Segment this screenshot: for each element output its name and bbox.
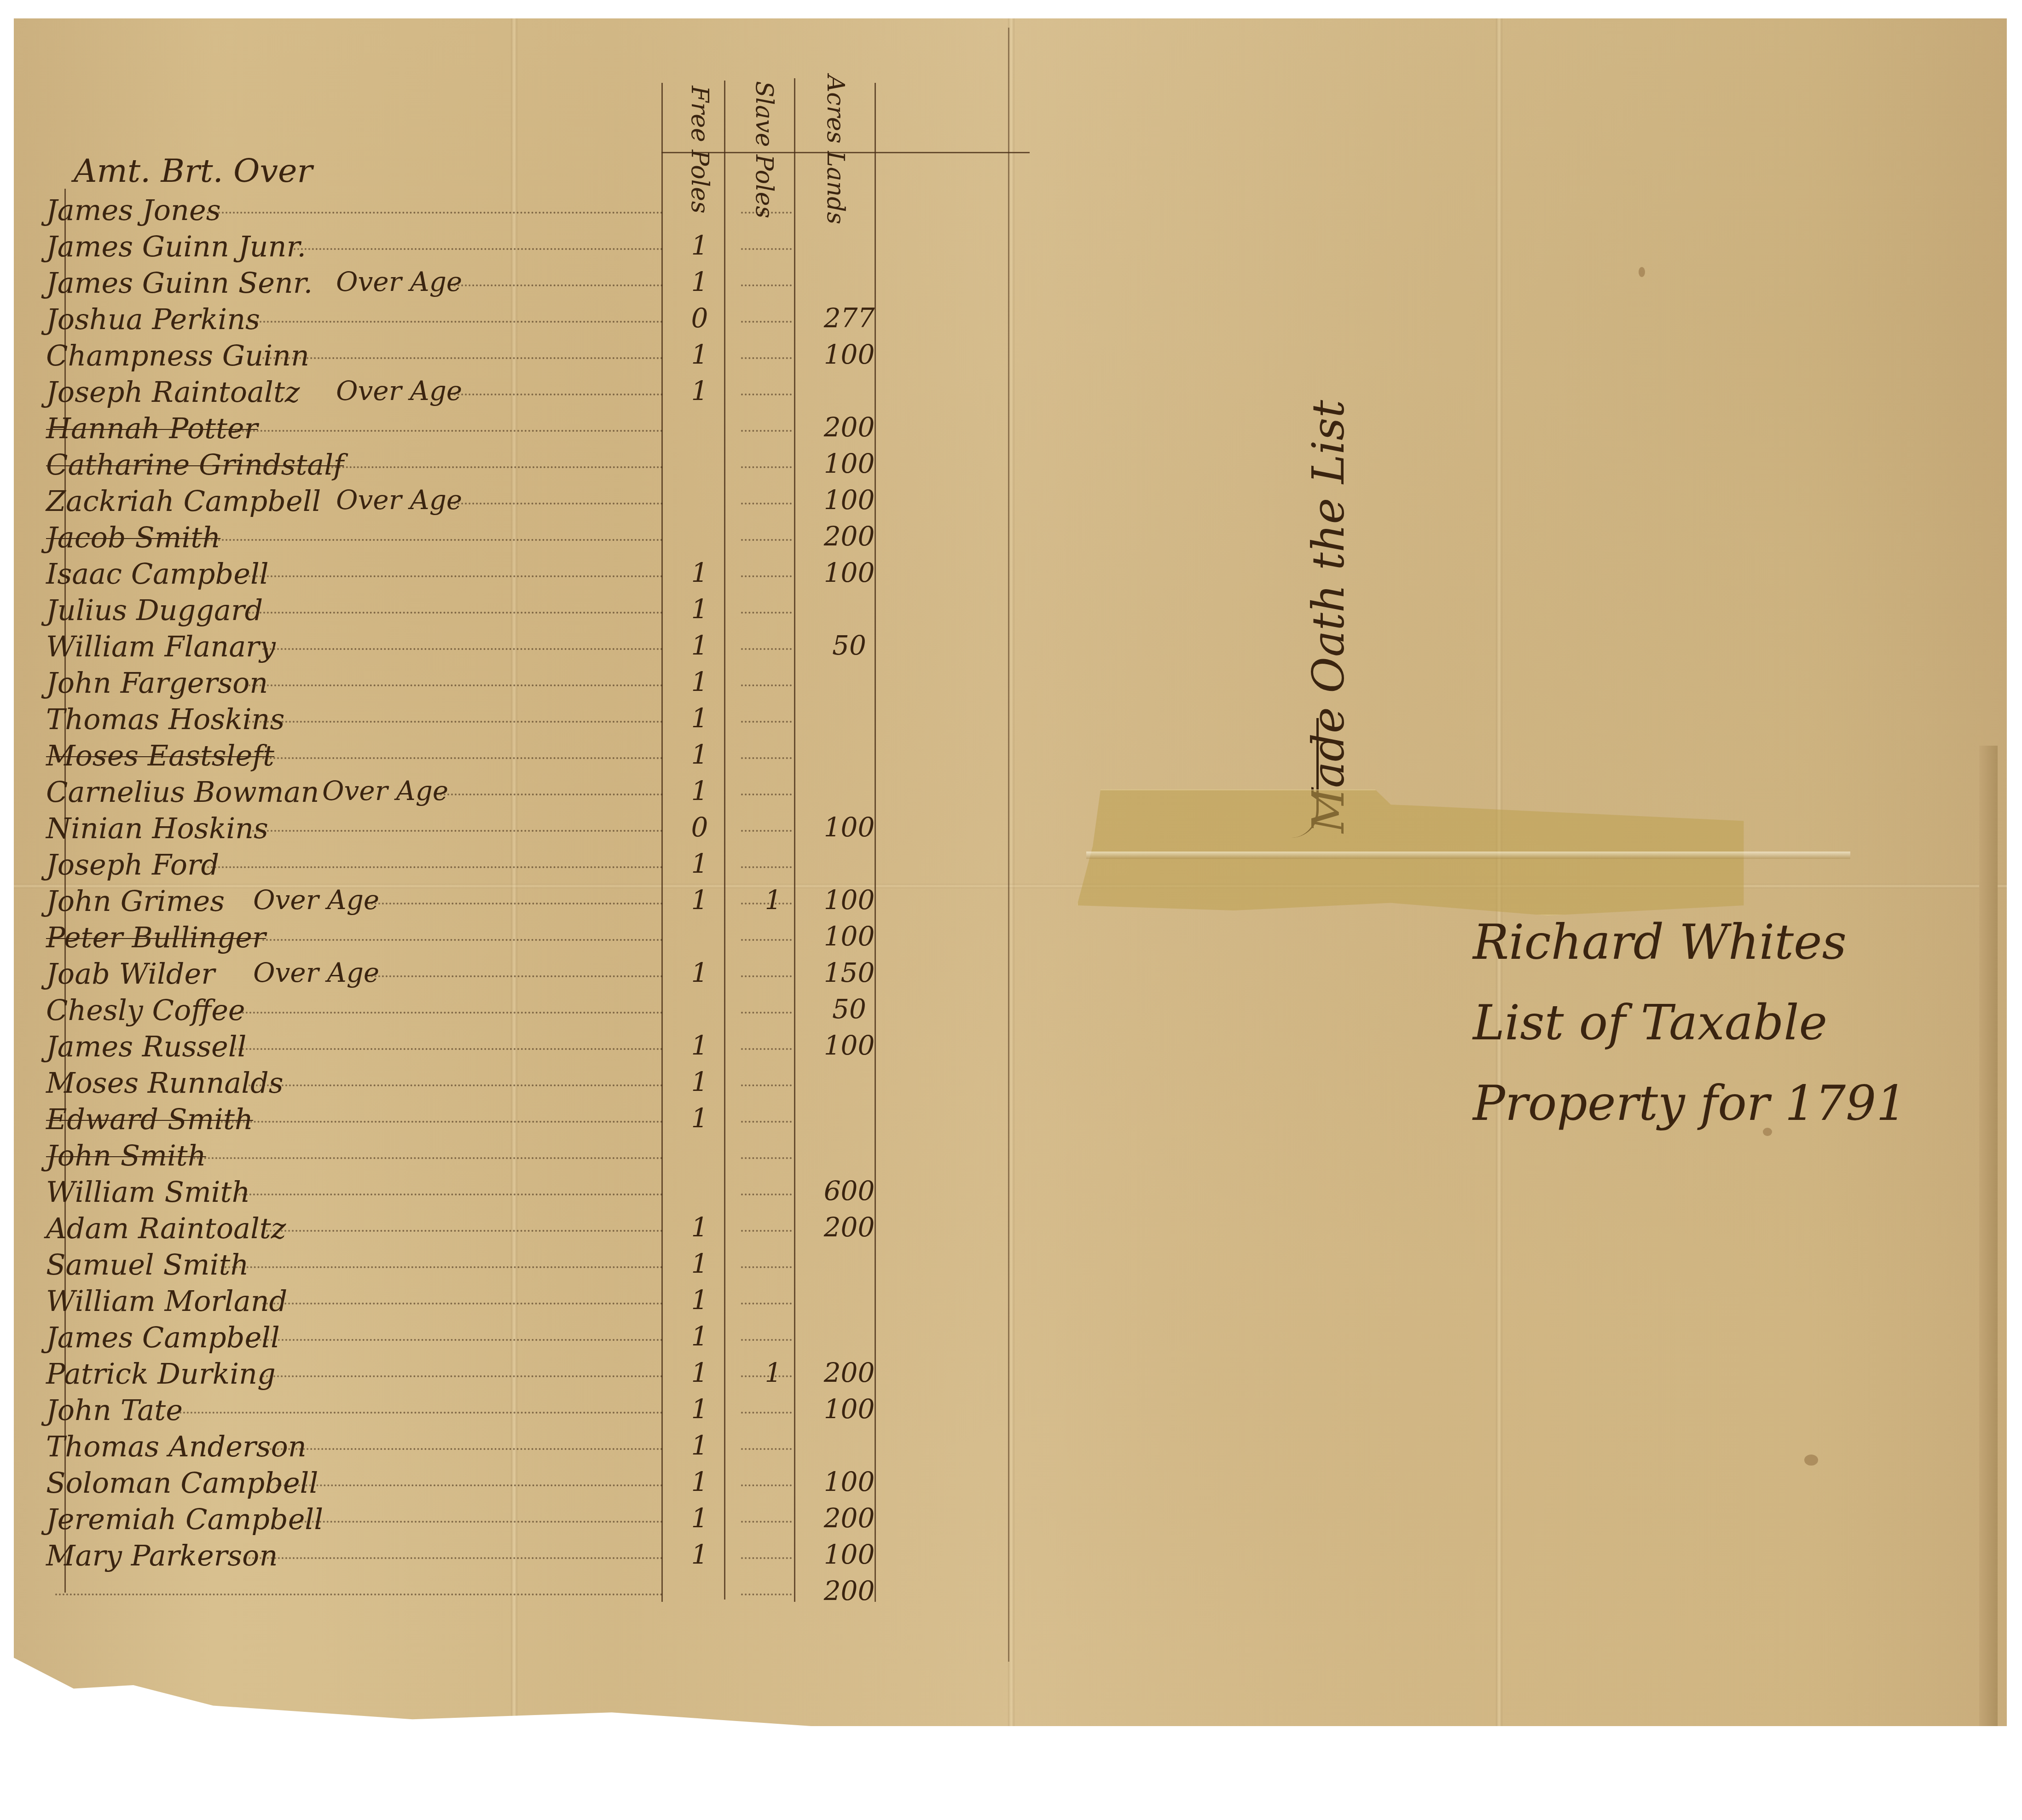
taxpayer-name: James Jones [46,193,220,227]
taxpayer-name: Moses Eastsleft [46,739,274,772]
ledger-row: James Jones [0,193,875,227]
acres-value: 200 [810,1357,888,1388]
leader-dots [741,1521,792,1524]
leader-dots [249,1339,663,1343]
leader-dots [262,648,663,652]
taxpayer-name: William Flanary [46,630,276,663]
over-age-note: Over Age [336,484,462,516]
taxpayer-name: Moses Runnalds [46,1066,284,1100]
taxpayer-name: Chesly Coffee [46,993,245,1027]
taxpayer-name: Julius Duggard [46,593,263,627]
ledger-row: Joab WilderOver Age1150 [0,957,875,991]
leader-dots [235,430,663,434]
leader-dots [741,1484,792,1488]
free-polls-value: 1 [663,1466,736,1497]
free-polls-value: 1 [663,557,736,588]
taxpayer-name: Joab Wilder [46,957,215,991]
ledger-row: Catharine Grindstalf100 [0,448,875,482]
taxpayer-name: William Morland [46,1284,287,1318]
leader-dots [454,284,663,288]
free-polls-value: 1 [663,848,736,879]
free-polls-value: 1 [663,1430,736,1461]
free-polls-value: 1 [663,1393,736,1425]
leader-dots [249,321,663,325]
free-polls-value: 1 [663,1248,736,1279]
leader-dots [741,1266,792,1270]
docket-line: Property for 1791 [1473,1063,1906,1144]
leader-dots [276,1484,663,1488]
ledger-row: John GrimesOver Age11100 [0,884,875,918]
free-polls-value: 1 [663,702,736,734]
acres-value: 200 [810,521,888,552]
free-polls-value: 1 [663,1102,736,1134]
leader-dots [207,866,663,870]
leader-dots [262,939,663,943]
ledger-row: Edward Smith1 [0,1102,875,1136]
free-polls-value: 1 [663,957,736,988]
leader-dots [249,830,663,834]
leader-dots [249,1084,663,1088]
leader-dots [741,939,792,943]
acres-value: 100 [810,1030,888,1061]
leader-dots [741,1594,792,1597]
free-polls-value: 1 [663,666,736,697]
leader-dots [741,794,792,797]
docket-line: List of Taxable [1473,983,1906,1063]
leader-dots [741,1230,792,1234]
taxpayer-name: John Grimes [46,884,225,918]
ledger-row: James Guinn Senr.Over Age1 [0,266,875,300]
ledger-row: Isaac Campbell1100 [0,557,875,591]
ledger-row: Mary Parkerson1100 [0,1539,875,1573]
taxpayer-name: Jacob Smith [46,521,220,554]
leader-dots [741,648,792,652]
ledger-row: John Smith [0,1139,875,1173]
leader-dots [741,321,792,325]
leader-dots [207,539,663,543]
leader-dots [741,1048,792,1052]
taxpayer-name: Ninian Hoskins [46,811,268,845]
leader-dots [371,903,663,906]
taxpayer-name: Thomas Anderson [46,1430,307,1463]
leader-dots [741,757,792,761]
ledger-row: Jeremiah Campbell1200 [0,1502,875,1536]
ledger-row: Adam Raintoaltz1200 [0,1211,875,1246]
leader-dots [741,975,792,979]
leader-dots [180,1412,663,1415]
ledger-row: Peter Bullinger100 [0,921,875,955]
leader-dots [741,830,792,834]
free-polls-value: 1 [663,1030,736,1061]
ledger-row: Moses Runnalds1 [0,1066,875,1100]
ledger-row: James Campbell1 [0,1321,875,1355]
over-age-note: Over Age [336,266,462,297]
acres-value: 50 [810,630,888,661]
taxpayer-name: Patrick Durking [46,1357,276,1391]
ink-stain [1639,267,1645,277]
leader-dots [741,1084,792,1088]
ledger-row: Hannah Potter200 [0,412,875,446]
leader-dots [371,975,663,979]
leader-dots [741,1339,792,1343]
leader-dots [741,284,792,288]
taxpayer-name: Joseph Ford [46,848,219,881]
ledger-row: Joseph Ford1 [0,848,875,882]
slave-polls-value: 1 [736,1357,810,1388]
free-polls-value: 1 [663,775,736,806]
acres-value: 100 [810,884,888,916]
free-polls-value: 0 [663,302,736,334]
leader-dots [741,721,792,725]
free-polls-value: 1 [663,739,736,770]
free-polls-value: 1 [663,375,736,406]
leader-dots [741,1194,792,1197]
acres-value: 100 [810,557,888,588]
acres-value: 50 [810,993,888,1025]
leader-dots [262,1448,663,1452]
leader-dots [741,612,792,615]
brought-over-line: Amt. Brt. Over [74,152,313,190]
taxpayer-name: Joseph Raintoaltz [46,375,300,409]
acres-value: 200 [810,412,888,443]
free-polls-value: 1 [663,593,736,625]
leader-dots [249,612,663,615]
free-polls-value: 1 [663,1539,736,1570]
page-edge [1979,746,1998,1726]
taxpayer-name: James Campbell [46,1321,280,1354]
acres-value: 100 [810,921,888,952]
ledger-row: Chesly Coffee50 [0,993,875,1027]
free-polls-value: 1 [663,266,736,297]
taxpayer-name: Mary Parkerson [46,1539,278,1572]
leader-dots [741,1012,792,1015]
leader-dots [741,1412,792,1415]
leader-dots [454,394,663,397]
leader-dots [741,212,792,215]
leader-dots [454,503,663,506]
acres-value: 100 [810,339,888,370]
leader-dots [741,866,792,870]
over-age-note: Over Age [336,375,462,406]
acres-value: 277 [810,302,888,334]
docket-line: Richard Whites [1473,902,1906,983]
free-polls-value: 1 [663,230,736,261]
acres-value: 100 [810,1539,888,1570]
ledger-row: Thomas Hoskins1 [0,702,875,736]
taxpayer-name: John Tate [46,1393,183,1427]
leader-dots [741,503,792,506]
taxpayer-name: William Smith [46,1175,250,1209]
free-polls-value: 1 [663,884,736,916]
ledger-row: Moses Eastsleft1 [0,739,875,773]
taxpayer-name: John Fargerson [46,666,268,700]
leader-dots [741,394,792,397]
leader-dots [741,575,792,579]
acres-value: 200 [810,1211,888,1243]
leader-dots [249,575,663,579]
acres-value: 200 [810,1502,888,1534]
ledger-row: Zackriah CampbellOver Age100 [0,484,875,518]
ledger-row: Carnelius BowmanOver Age1 [0,775,875,809]
leader-dots [221,1121,663,1124]
ledger-row: Joshua Perkins0277 [0,302,875,336]
leader-dots [249,684,663,688]
leader-dots [55,1594,663,1597]
leader-dots [741,1303,792,1306]
leader-dots [290,248,663,252]
ledger-row: Patrick Durking11200 [0,1357,875,1391]
ink-stain [1763,1128,1772,1136]
acres-value: 150 [810,957,888,988]
ledger-row: James Guinn Junr.1 [0,230,875,264]
leader-dots [440,794,663,797]
taxpayer-name: Soloman Campbell [46,1466,318,1500]
docket-label: Richard Whites List of Taxable Property … [1473,902,1906,1144]
leader-dots [221,1266,663,1270]
ledger-row: Samuel Smith1 [0,1248,875,1282]
taxpayer-name: Hannah Potter [46,412,258,445]
leader-dots [741,357,792,361]
taxpayer-name: John Smith [46,1139,206,1172]
free-polls-value: 1 [663,1357,736,1388]
taxpayer-name: James Guinn Senr. [46,266,313,300]
leader-dots [741,1121,792,1124]
leader-dots [741,684,792,688]
leader-dots [262,1303,663,1306]
leader-dots [741,430,792,434]
ledger-row: Jacob Smith200 [0,521,875,555]
leader-dots [262,757,663,761]
taxpayer-name: Champness Guinn [46,339,309,372]
taxpayer-name: Joshua Perkins [46,302,260,336]
free-polls-value: 1 [663,1321,736,1352]
leader-dots [235,1194,663,1197]
leader-dots [741,1448,792,1452]
leader-dots [249,1557,663,1561]
acres-value: 100 [810,1393,888,1425]
leader-dots [262,1375,663,1379]
ledger-row: Soloman Campbell1100 [0,1466,875,1500]
taxpayer-name: Catharine Grindstalf [46,448,344,481]
leader-dots [193,1157,663,1161]
ledger-row: 200 [0,1575,875,1609]
leader-dots [331,466,663,470]
free-polls-value: 1 [663,630,736,661]
leader-dots [741,1557,792,1561]
acres-value: 100 [810,484,888,516]
acres-value: 100 [810,448,888,479]
taxpayer-name: Carnelius Bowman [46,775,319,809]
leader-dots [262,357,663,361]
taxpayer-name: James Guinn Junr. [46,230,306,263]
ledger-row: Julius Duggard1 [0,593,875,627]
ledger-row: William Flanary150 [0,630,875,664]
leader-dots [741,1157,792,1161]
acres-value: 200 [810,1575,888,1606]
taxpayer-name: Thomas Hoskins [46,702,284,736]
taxpayer-name: Zackriah Campbell [46,484,321,518]
leader-dots [262,1230,663,1234]
free-polls-value: 1 [663,1284,736,1316]
free-polls-value: 1 [663,339,736,370]
ledger-row: Ninian Hoskins0100 [0,811,875,846]
taxpayer-name: James Russell [46,1030,246,1063]
tape-crease [1086,852,1850,859]
taxpayer-name: Isaac Campbell [46,557,269,591]
ledger-row: Joseph RaintoaltzOver Age1 [0,375,875,409]
ink-stain [1804,1455,1818,1466]
ledger-row: Champness Guinn1100 [0,339,875,373]
taxpayer-name: Jeremiah Campbell [46,1502,323,1536]
leader-dots [290,1521,663,1524]
taxpayer-name: Peter Bullinger [46,921,266,954]
free-polls-value: 0 [663,811,736,843]
ledger-row: William Morland1 [0,1284,875,1318]
leader-dots [741,539,792,543]
free-polls-value: 1 [663,1502,736,1534]
leader-dots [249,721,663,725]
over-age-note: Over Age [253,884,379,916]
leader-dots [207,212,663,215]
acres-value: 100 [810,811,888,843]
ledger-row: William Smith600 [0,1175,875,1209]
ledger-row: Thomas Anderson1 [0,1430,875,1464]
acres-value: 100 [810,1466,888,1497]
taxpayer-name: Adam Raintoaltz [46,1211,286,1245]
column-rule [1008,28,1009,1662]
over-age-note: Over Age [253,957,379,988]
slave-polls-value: 1 [736,884,810,916]
taxpayer-name: Edward Smith [46,1102,253,1136]
over-age-note: Over Age [322,775,448,806]
free-polls-value: 1 [663,1066,736,1097]
taxpayer-name: Samuel Smith [46,1248,249,1281]
leader-dots [741,466,792,470]
free-polls-value: 1 [663,1211,736,1243]
ledger-row: John Fargerson1 [0,666,875,700]
ledger-row: James Russell1100 [0,1030,875,1064]
leader-dots [235,1012,663,1015]
leader-dots [741,248,792,252]
ledger-row: John Tate1100 [0,1393,875,1427]
leader-dots [235,1048,663,1052]
acres-value: 600 [810,1175,888,1206]
